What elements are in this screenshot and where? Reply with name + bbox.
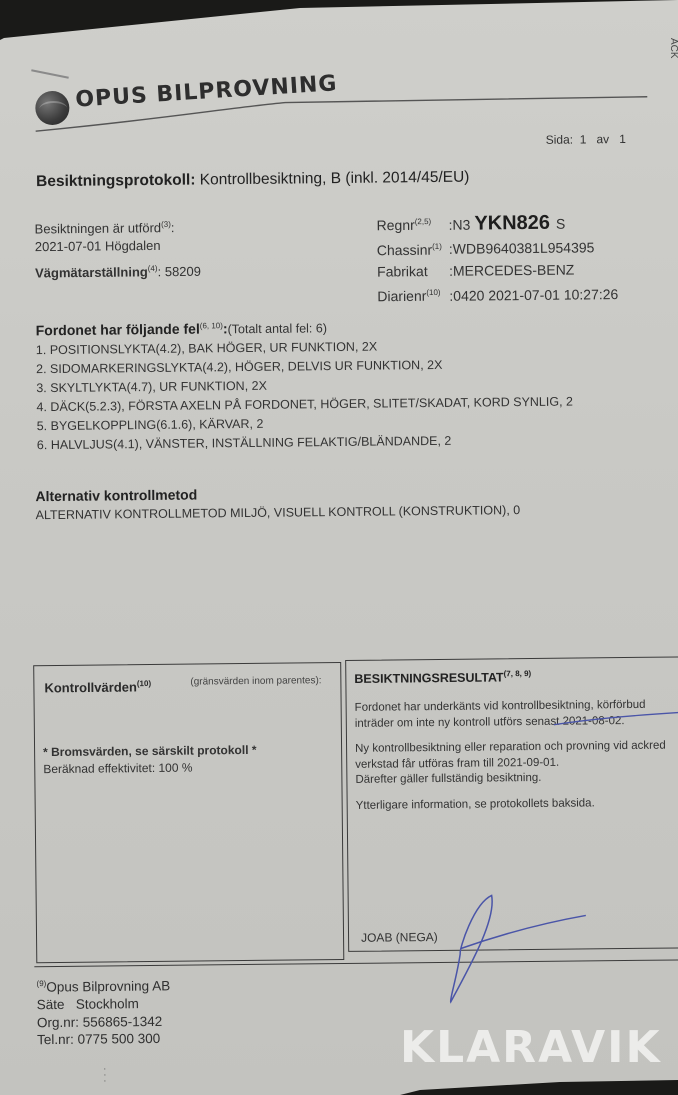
document-paper: OPUS BILPROVNING Sida: 1 av 1 Besiktning… xyxy=(0,0,678,1095)
vehicle-make: MERCEDES-BENZ xyxy=(453,259,575,282)
diary-number: 0420 2021-07-01 10:27:26 xyxy=(453,283,618,307)
brake-values: * Bromsvärden, se särskilt protokoll * B… xyxy=(43,742,257,778)
deadline-line: inträder om inte ny kontroll utförs sena… xyxy=(355,715,625,730)
klaravik-watermark: KLARAVIK xyxy=(400,1022,662,1073)
performed-label: Besiktningen är utförd xyxy=(35,220,162,236)
faults-section: Fordonet har följande fel(6, 10):(Totalt… xyxy=(36,313,574,456)
logo-accent-stroke xyxy=(31,69,69,78)
odometer-reading: Vägmätarställning(4): 58209 xyxy=(35,263,201,280)
result-title: BESIKTNINGSRESULTAT(7, 8, 9) xyxy=(354,669,531,686)
regnr-row: Regnr(2,5):N3 YKN826 S xyxy=(376,209,617,236)
chassis-number: WDB9640381L954395 xyxy=(453,237,595,260)
org-number: Org.nr: 556865-1342 xyxy=(37,1012,171,1031)
inspection-info: Besiktningen är utförd(3): 2021-07-01 Hö… xyxy=(34,216,174,257)
vehicle-info: Regnr(2,5):N3 YKN826 S Chassinr(1):WDB96… xyxy=(376,209,618,307)
inspector-signature-name: JOAB (NEGA) xyxy=(361,930,438,945)
stray-dots: ... xyxy=(103,1064,106,1082)
company-footer: (9)Opus Bilprovning AB Säte Stockholm Or… xyxy=(36,974,170,1049)
alternative-method-heading: Alternativ kontrollmetod xyxy=(35,486,197,504)
inspection-result-box: BESIKTNINGSRESULTAT(7, 8, 9) Fordonet ha… xyxy=(345,656,678,952)
alternative-method-value: ALTERNATIV KONTROLLMETOD MILJÖ, VISUELL … xyxy=(36,501,521,524)
page-indicator: Sida: 1 av 1 xyxy=(546,132,626,147)
brake-efficiency: Beräknad effektivitet: 100 % xyxy=(43,759,257,778)
limit-values-note: (gränsvärden inom parentes): xyxy=(190,675,321,687)
make-row: Fabrikat:MERCEDES-BENZ xyxy=(377,258,618,283)
control-values-title: Kontrollvärden(10) xyxy=(44,679,151,695)
alternative-method-section: Alternativ kontrollmetod ALTERNATIV KONT… xyxy=(35,482,520,524)
result-text: Fordonet har underkänts vid kontrollbesi… xyxy=(355,698,667,824)
edge-text-fragment: ACK xyxy=(668,38,678,59)
diary-row: Diarienr(10):0420 2021-07-01 10:27:26 xyxy=(377,280,618,307)
chassis-row: Chassinr(1):WDB9640381L954395 xyxy=(377,234,618,261)
performed-value: 2021-07-01 Högdalen xyxy=(35,237,175,256)
phone-number: Tel.nr: 0775 500 300 xyxy=(37,1030,171,1049)
protocol-title: Besiktningsprotokoll: Kontrollbesiktning… xyxy=(36,169,469,192)
registration-number: YKN826 xyxy=(474,211,550,234)
control-values-box: Kontrollvärden(10) (gränsvärden inom par… xyxy=(33,662,344,963)
odometer-value: 58209 xyxy=(165,264,201,279)
company-name: Opus Bilprovning AB xyxy=(46,978,170,994)
